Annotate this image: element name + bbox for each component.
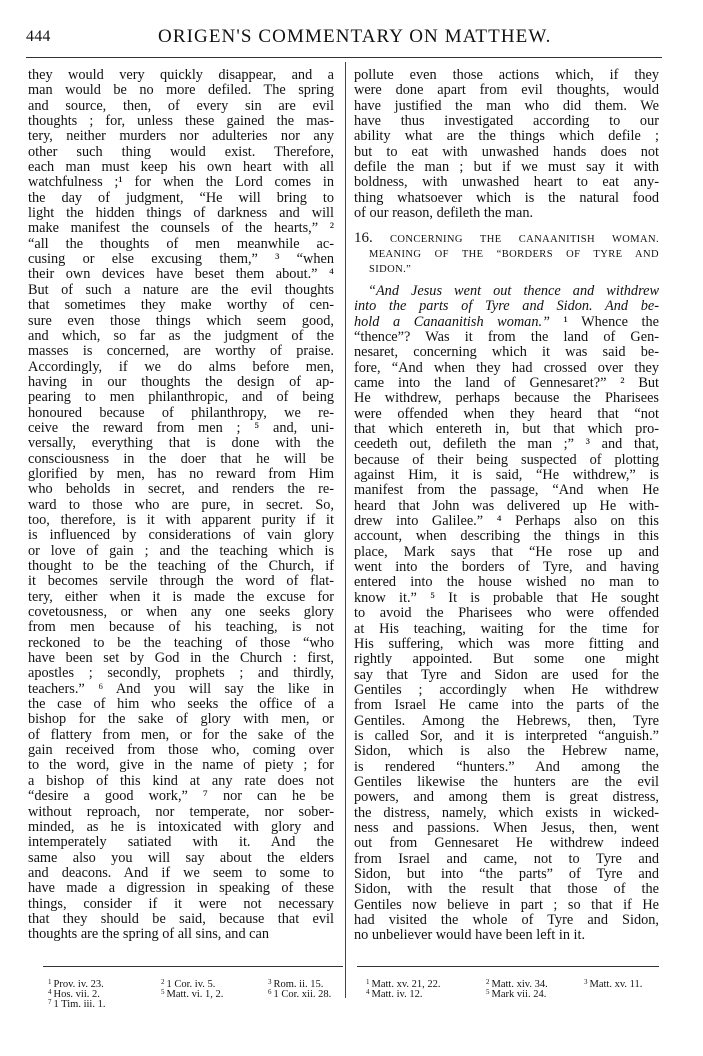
text-line: pollute even those actions which, if the… [354, 68, 659, 83]
text-line: Gentiles now believe in part ; so that i… [354, 898, 659, 913]
text-line: His suffering, which was more fitting an… [354, 637, 659, 652]
text-line: came into the land of Gennesaret?” ² But [354, 376, 659, 391]
footnote: 5Mark vii. 24. [486, 987, 546, 1001]
text-line: have justified the man who did them. We [354, 99, 659, 114]
text-line: at His teaching, waiting for the time fo… [354, 622, 659, 637]
text-line: that which entereth in, but that which p… [354, 422, 659, 437]
text-line: tery, either when it is made the excuse … [28, 590, 334, 605]
text-line: entered into the house wished no man to [354, 575, 659, 590]
text-line: who beholds in secret, and renders the r… [28, 482, 334, 497]
column-divider [345, 62, 346, 998]
right-column-body-text: “thence”? Was it from the land of Gen-ne… [354, 330, 659, 944]
text-line: it becomes servile through the word of f… [28, 574, 334, 589]
text-line: ceive the reward from men ; ⁵ and, uni- [28, 421, 334, 436]
text-line: were done apart from evil thoughts, woul… [354, 83, 659, 98]
text-line: pearing to men philanthropic, and of bei… [28, 390, 334, 405]
text-line: versally, everything that is done with t… [28, 436, 334, 451]
text-line: have thus investigated according to our [354, 114, 659, 129]
text-line: light the hidden things of darkness and … [28, 206, 334, 221]
text-line: were offended when they heard that “not [354, 407, 659, 422]
text-line: heard that John was delivered up He with… [354, 499, 659, 514]
running-title: ORIGEN'S COMMENTARY ON MATTHEW. [158, 26, 552, 48]
section-heading-line: SIDON.” [354, 262, 659, 278]
text-line: place, Mark says that “He rose up and [354, 545, 659, 560]
text-line: fore, “And when they had crossed over th… [354, 361, 659, 376]
text-line: “all the thoughts of men meanwhile ac- [28, 237, 334, 252]
text-line: honoured because of philanthropy, we re- [28, 406, 334, 421]
text-line: bishop for the sake of glory with men, o… [28, 712, 334, 727]
text-line: have made a digression in speaking of th… [28, 881, 334, 896]
text-line: Sidon, which is also the Hebrew name, [354, 744, 659, 759]
text-line: from Israel and came, not to Tyre and [354, 852, 659, 867]
text-line: other such thing would exist. Therefore, [28, 145, 334, 160]
text-line: and which, so far as the judgment of the [28, 329, 334, 344]
text-line: sure even those things which seem good, [28, 314, 334, 329]
running-head: 444 ORIGEN'S COMMENTARY ON MATTHEW. [26, 24, 662, 48]
text-line: but to eat with unwashed hands does not [354, 145, 659, 160]
footnote: 61 Cor. xii. 28. [268, 987, 331, 1001]
text-line: thought to be the teaching of the Church… [28, 559, 334, 574]
text-line: they would very quickly disappear, and a [28, 68, 334, 83]
footnote: 4Matt. iv. 12. [366, 987, 422, 1001]
text-line: nesaret, concerning which it was said be… [354, 345, 659, 360]
text-line: powers, and among them is great distress… [354, 790, 659, 805]
text-line: Sidon, with the result that those of the [354, 882, 659, 897]
footnote: 71 Tim. iii. 1. [48, 997, 105, 1011]
text-line: thoughts are the spring of all sins, and… [28, 927, 334, 942]
section-heading-line: MEANING OF THE “BORDERS OF TYRE AND [354, 247, 659, 263]
text-line: the distress, namely, which exists in wi… [354, 806, 659, 821]
page-number: 444 [26, 28, 51, 46]
left-column: they would very quickly disappear, and a… [28, 68, 334, 943]
text-line: and source, then, of every sin are evil [28, 99, 334, 114]
text-line: Sidon, but into “the parts” of Tyre and [354, 867, 659, 882]
text-line: without reproach, nor temperate, nor sob… [28, 805, 334, 820]
quote-line: “And Jesus went out thence and withdrew [354, 284, 659, 299]
text-line: drew into Galilee.” ⁴ Perhaps also on th… [354, 514, 659, 529]
text-line: Gentiles ; accordingly when He withdrew [354, 683, 659, 698]
text-line: intemperately satiated with it. And the [28, 835, 334, 850]
text-line: boldness, with unwashed heart to eat any… [354, 175, 659, 190]
text-line: He withdrew, perhaps because the Pharise… [354, 391, 659, 406]
text-line: glorified by men, has no reward from Him [28, 467, 334, 482]
text-line: or love of gain ; and the teaching which… [28, 544, 334, 559]
footnote-rule-right [357, 966, 659, 967]
text-line: is called Sor, and it is interpreted “an… [354, 729, 659, 744]
text-line: went into the borders of Tyre, and havin… [354, 560, 659, 575]
text-line: is influenced by considerations of vain … [28, 528, 334, 543]
text-line: man would be no more defiled. The spring [28, 83, 334, 98]
text-line: that they should be said, because that e… [28, 912, 334, 927]
text-line: their own devices have beset them about.… [28, 267, 334, 282]
text-line: each man must keep his own heart with al… [28, 160, 334, 175]
text-line: rightly appointed. But some one might [354, 652, 659, 667]
text-line: Gentiles. Among the Hebrews, then, Tyre [354, 714, 659, 729]
right-column: pollute even those actions which, if the… [354, 68, 659, 944]
text-line: things, consider if it were not necessar… [28, 897, 334, 912]
text-line: same also you will say about the elders [28, 851, 334, 866]
text-line: thing whatsoever which is the natural fo… [354, 191, 659, 206]
text-line: Accordingly, if we do alms before men, [28, 360, 334, 375]
text-line: is rendered “hunters.” And among the [354, 760, 659, 775]
text-line: watchfulness ;¹ for when the Lord comes … [28, 175, 334, 190]
text-line: account, when describing the things in t… [354, 529, 659, 544]
section-heading-line: 16. CONCERNING THE CANAANITISH WOMAN. [354, 231, 659, 247]
text-line: to avoid the Pharisees who were offended [354, 606, 659, 621]
text-line: from Israel He came into the parts of th… [354, 698, 659, 713]
text-line: too, therefore, is it with apparent puri… [28, 513, 334, 528]
text-line: out from Gennesaret He withdrew indeed [354, 836, 659, 851]
footnote-rule-left [43, 966, 343, 967]
text-line: because of their being suspected of plot… [354, 453, 659, 468]
text-line: manifest from the passage, “And when He [354, 483, 659, 498]
text-line: Gentiles likewise the hunters are the ev… [354, 775, 659, 790]
text-line: to the word, give in the name of piety ;… [28, 758, 334, 773]
book-page: 444 ORIGEN'S COMMENTARY ON MATTHEW. they… [0, 0, 703, 1056]
text-line: minded, as he is intoxicated with glory … [28, 820, 334, 835]
text-line: of flattery from men, or for the sake of… [28, 728, 334, 743]
footnote: 5Matt. vi. 1, 2. [161, 987, 223, 1001]
text-line: tery, neither murders nor adulteries nor… [28, 129, 334, 144]
text-line: no unbeliever would have been left in it… [354, 928, 659, 943]
footnote: 3Matt. xv. 11. [584, 977, 642, 991]
text-line: from men because of his teaching, is not [28, 620, 334, 635]
text-line: ceedeth out, defileth the man ;” ³ and t… [354, 437, 659, 452]
text-line: masses is concerned, are worthy of prais… [28, 344, 334, 359]
text-line: “desire a good work,” ⁷ nor can he be [28, 789, 334, 804]
text-line: the day of judgment, “He will bring to [28, 191, 334, 206]
quote-line: into the parts of Tyre and Sidon. And be… [354, 299, 659, 314]
text-line: know it.” ⁵ It is probable that He sough… [354, 591, 659, 606]
text-line: had visited the whole of Tyre and Sidon, [354, 913, 659, 928]
text-line: teachers.” ⁶ And you will say the like i… [28, 682, 334, 697]
quote-line: hold a Canaanitish woman.” ¹ Whence the [354, 315, 659, 330]
text-line: reckoned to be the teaching of those “wh… [28, 636, 334, 651]
text-line: “thence”? Was it from the land of Gen- [354, 330, 659, 345]
text-line: But of such a nature are the evil though… [28, 283, 334, 298]
text-line: cusing or else excusing them,” ³ “when [28, 252, 334, 267]
section-number: 16. [354, 230, 373, 246]
text-line: gain received from those who, coming ove… [28, 743, 334, 758]
text-line: have been set by God in the Church : fir… [28, 651, 334, 666]
scripture-quote: “And Jesus went out thence and withdrew … [354, 284, 659, 330]
text-line: a bishop of this kind at any rate does n… [28, 774, 334, 789]
text-line: that sometimes they make worthy of cen- [28, 298, 334, 313]
text-line: say that Tyre and Sidon are used for the [354, 668, 659, 683]
text-line: and deacons. And if we seem to some to [28, 866, 334, 881]
text-line: make manifest the counsels of the hearts… [28, 221, 334, 236]
text-line: ness and passions. When Jesus, then, wen… [354, 821, 659, 836]
text-line: having in our thoughts the design of ap- [28, 375, 334, 390]
header-rule [26, 57, 662, 58]
text-line: the case of him who seeks the office of … [28, 697, 334, 712]
text-line: covetousness, or when any one seeks glor… [28, 605, 334, 620]
right-column-intro-text: pollute even those actions which, if the… [354, 68, 659, 221]
text-line: of our reason, defileth the man. [354, 206, 659, 221]
text-line: ability what are the things which defile… [354, 129, 659, 144]
text-line: ward to those who are pure, in secret. S… [28, 498, 334, 513]
section-heading: 16. CONCERNING THE CANAANITISH WOMAN. ME… [354, 231, 659, 278]
text-line: thoughts ; for, unless these gained the … [28, 114, 334, 129]
text-line: apostles ; secondly, prophets ; and thir… [28, 666, 334, 681]
text-line: defile the man ; but if we must say it w… [354, 160, 659, 175]
text-line: against Him, it is said, “He withdrew,” … [354, 468, 659, 483]
text-line: consciousness in the doer that he will b… [28, 452, 334, 467]
